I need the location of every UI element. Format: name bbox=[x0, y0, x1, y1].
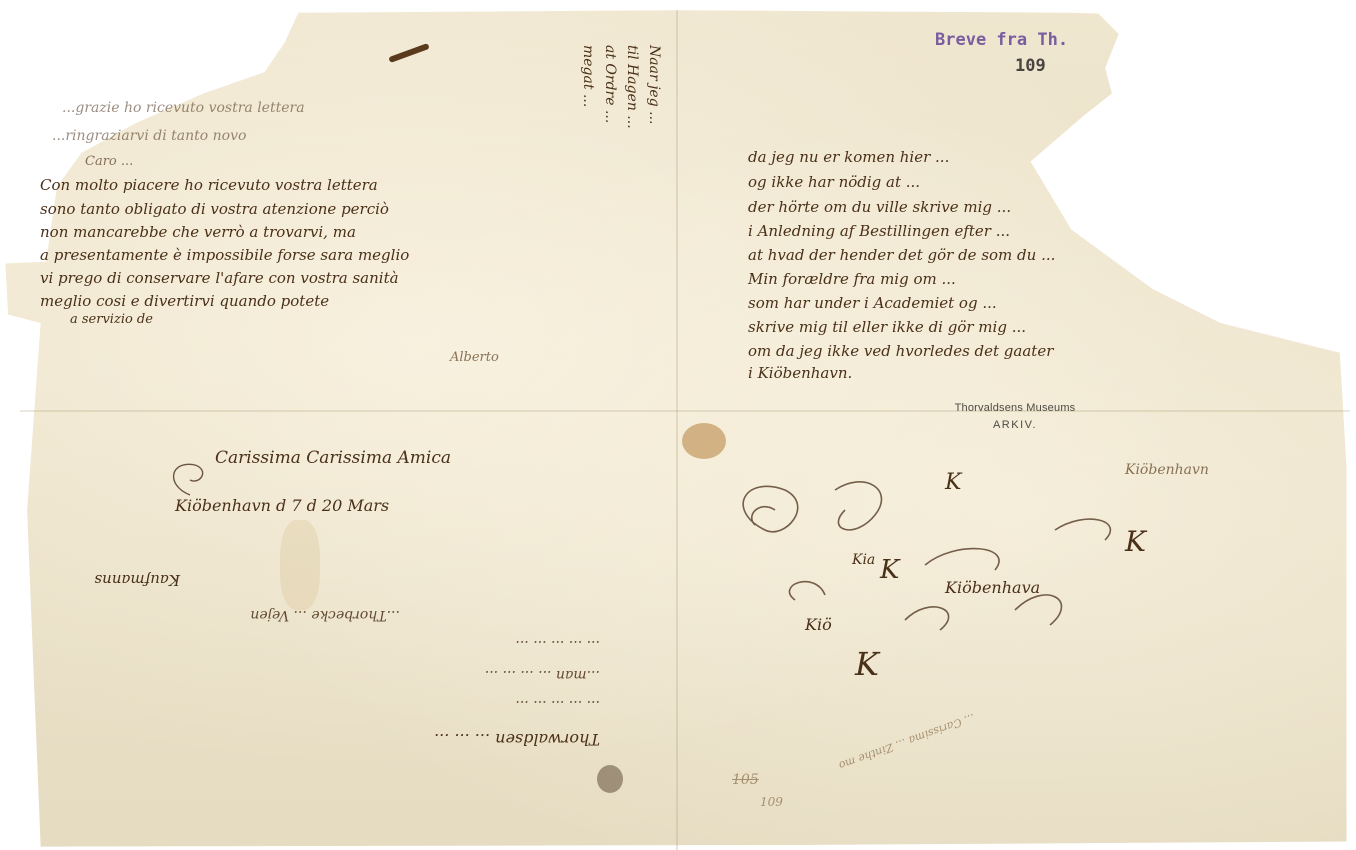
letter-line: a presentamente è impossibile forse sara… bbox=[40, 246, 409, 269]
letter-line: at hvad der hender det gör de som du ... bbox=[748, 246, 1055, 270]
letter-line: meglio cosi e divertirvi quando potete bbox=[40, 292, 409, 312]
pen-flourish-icon bbox=[725, 470, 1145, 700]
museum-stamp-line2: ARKIV. bbox=[940, 417, 1090, 434]
inverted-line: ... ... ... ... ... bbox=[60, 623, 600, 653]
letter-line: Con molto piacere ho ricevuto vostra let… bbox=[40, 176, 409, 200]
pen-flourish-icon bbox=[160, 455, 220, 515]
collection-number: 109 bbox=[1015, 56, 1046, 76]
note-line: megat ... bbox=[574, 45, 596, 129]
danish-letter: da jeg nu er komen hier ... og ikke har … bbox=[748, 148, 1055, 386]
letter-line: der hörte om du ville skrive mig ... bbox=[748, 198, 1055, 222]
note-line: at Ordre ... bbox=[596, 45, 618, 129]
inverted-line: ... ... ... ... ... bbox=[60, 683, 600, 713]
letter-line: i Anledning af Bestillingen efter ... bbox=[748, 222, 1055, 246]
address-line-1: Carissima Carissima Amica bbox=[215, 448, 451, 468]
letter-line: non mancarebbe che verrò a trovarvi, ma bbox=[40, 223, 409, 246]
letter-line: Min forældre fra mig om ... bbox=[748, 270, 1055, 294]
letter-line: ...ringraziarvi di tanto novo bbox=[52, 128, 409, 154]
letter-line: i Kiöbenhavn. bbox=[748, 364, 1055, 386]
letter-line: sono tanto obligato di vostra atenzione … bbox=[40, 200, 409, 223]
horizontal-fold-line bbox=[20, 410, 1350, 412]
inverted-line: ...man ... ... ... ... bbox=[60, 653, 600, 683]
museum-archive-stamp: Thorvaldsens Museums ARKIV. bbox=[940, 400, 1090, 434]
inverted-text: Thorwaldsen ... ... ... ... ... ... ... … bbox=[60, 565, 600, 749]
signature: Alberto bbox=[450, 350, 499, 365]
note-line: til Hagen ... bbox=[618, 45, 640, 129]
letter-line: om da jeg ikke ved hvorledes det gaater bbox=[748, 342, 1055, 364]
letter-line: a servizio de bbox=[70, 312, 409, 332]
note-line: Naar jeg ... bbox=[640, 45, 662, 129]
letter-line: ...grazie ho ricevuto vostra lettera bbox=[62, 100, 409, 128]
inverted-line: ...Thorbecke ... Vejen bbox=[60, 589, 400, 623]
pencil-number-struck: 105 bbox=[732, 772, 759, 788]
collection-stamp: Breve fra Th. bbox=[935, 30, 1068, 50]
inverted-line: Kaufmanns bbox=[60, 565, 180, 589]
letter-line: som har under i Academiet og ... bbox=[748, 294, 1055, 318]
small-stain bbox=[597, 765, 623, 793]
letter-line: vi prego di conservare l'afare con vostr… bbox=[40, 269, 409, 292]
letter-line: skrive mig til eller ikke di gör mig ... bbox=[748, 318, 1055, 342]
ink-blot-stain bbox=[682, 423, 726, 459]
italian-letter: ...grazie ho ricevuto vostra lettera ...… bbox=[40, 100, 409, 332]
vertical-fold-line bbox=[676, 10, 678, 850]
pencil-number: 109 bbox=[760, 795, 783, 809]
letter-line: da jeg nu er komen hier ... bbox=[748, 148, 1055, 173]
vertical-note: Naar jeg ... til Hagen ... at Ordre ... … bbox=[574, 45, 662, 129]
inverted-line: Thorwaldsen ... ... ... bbox=[60, 713, 600, 749]
letter-line: Caro ... bbox=[85, 154, 409, 176]
letter-line: og ikke har nödig at ... bbox=[748, 173, 1055, 198]
museum-stamp-line1: Thorvaldsens Museums bbox=[940, 400, 1090, 417]
